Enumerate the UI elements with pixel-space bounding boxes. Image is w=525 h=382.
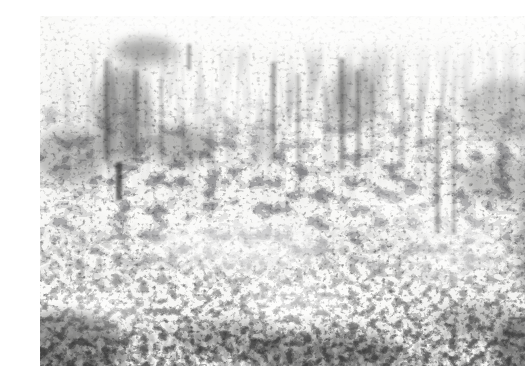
light-patch [170,74,280,118]
light-patch [240,279,350,323]
streak-mark [371,84,374,156]
light-patch [360,188,440,224]
streak-mark [134,70,138,162]
streak-mark [339,58,345,170]
streak-mark [104,60,109,162]
streak-mark [356,70,360,168]
streak-mark [271,62,276,162]
streak-mark [435,108,440,233]
grunge-texture-svg [40,16,525,366]
streak-mark [160,78,163,148]
streak-mark [116,162,122,200]
streak-mark [296,74,300,160]
stain-blob [435,303,525,339]
light-patch [150,218,330,270]
grunge-texture-image [40,16,525,366]
stain-blob [146,126,214,166]
streak-mark [187,44,191,70]
stain-blob [175,320,285,356]
streak-mark [452,119,456,234]
stain-blob [115,38,175,64]
